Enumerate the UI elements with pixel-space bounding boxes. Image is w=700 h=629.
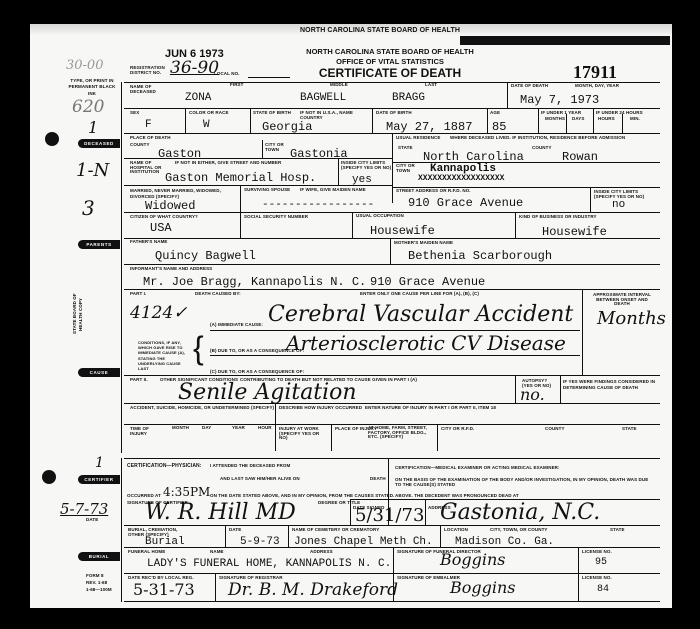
certificate-number: 17911 [573, 62, 617, 83]
onset-interval: Months [597, 308, 666, 329]
state-of-birth: Georgia [262, 121, 312, 133]
page-title: CERTIFICATE OF DEATH [290, 66, 490, 80]
tab-cause: CAUSE [78, 368, 120, 377]
margin-code-1: 30-00 [66, 58, 103, 73]
torn-band [460, 36, 670, 45]
director-signature: Boggins [440, 550, 506, 569]
punch-hole [42, 470, 56, 484]
underlying-cause-b: Arteriosclerotic CV Disease [286, 331, 566, 355]
last-name: BRAGG [392, 93, 425, 104]
state-copy-label: STATE BOARD OF HEALTH COPY [72, 290, 112, 338]
date-of-death: May 7, 1973 [520, 94, 599, 106]
cause-code: 4124✓ [130, 303, 188, 323]
first-name: ZONA [185, 93, 211, 104]
occupation: Housewife [370, 225, 435, 237]
date-of-birth: May 27, 1887 [386, 121, 472, 133]
marital-status: Widowed [145, 200, 195, 212]
embalmer-license: 84 [597, 585, 609, 595]
tab-burial: BURIAL [78, 552, 120, 561]
ink-instruction: TYPE, OR PRINT IN PERMANENT BLACK INK [64, 78, 120, 97]
registration-label: REGISTRATION DISTRICT NO. [130, 66, 170, 75]
tab-certifier: CERTIFIER [78, 475, 120, 484]
certifier-signature: W. R. Hill MD [145, 500, 296, 525]
registrar-signature: Dr. B. M. Drakeford [228, 580, 398, 600]
citizenship: USA [150, 222, 172, 234]
struck-text: XXXXXXXXXXXXXXXXXX [418, 175, 504, 183]
form-info: FORM 8REV. 1-681-68—100m [86, 573, 112, 593]
received-date: 5-31-73 [133, 580, 195, 599]
race: W [203, 120, 210, 131]
immediate-cause: Cerebral Vascular Accident [268, 302, 573, 327]
father-name: Quincy Bagwell [155, 250, 256, 262]
autopsy: no. [520, 385, 545, 404]
margin-code-3: 1 [88, 118, 98, 137]
sex: F [145, 120, 152, 131]
section-bracket [121, 525, 122, 602]
director-license: 95 [595, 558, 607, 568]
punch-hole [45, 132, 59, 146]
section-bracket [121, 283, 122, 453]
informant-address: 910 Grace Avenue [370, 276, 485, 288]
tab-parents: PARENTS [78, 240, 120, 249]
registration-district: 36-90 [170, 58, 219, 78]
occurred-time: 4:35PM [163, 485, 210, 499]
margin-code-6: 1 [95, 455, 104, 471]
filed-date: 5-7-73 [60, 500, 108, 518]
margin-code-5: 3 [82, 196, 95, 220]
margin-code-2: 620 [72, 97, 104, 117]
bracket-glyph: { [193, 330, 204, 367]
residence-inside-city: no [612, 200, 625, 211]
top-banner: NORTH CAROLINA STATE BOARD OF HEALTH [300, 27, 460, 34]
date-signed: 5/31/73 [355, 505, 424, 526]
age: 85 [492, 121, 506, 133]
funeral-home: LADY'S FUNERAL HOME, KANNAPOLIS N. C. [147, 559, 391, 570]
filed-date-label: Date [86, 518, 98, 523]
surviving-spouse: ----------------- [262, 200, 374, 211]
embalmer-signature: Boggins [450, 578, 516, 597]
industry: Housewife [542, 226, 607, 238]
certifier-address: Gastonia, N.C. [440, 500, 600, 525]
agency-line-1: NORTH CAROLINA STATE BOARD OF HEALTH [290, 47, 490, 56]
local-no-label: LOCAL NO. [214, 72, 240, 77]
margin-code-4: 1-N [76, 160, 109, 181]
informant-name: Mr. Joe Bragg, Kannapolis N. C. [143, 276, 366, 288]
name-label: NAME OF DECEASED [130, 85, 170, 94]
tab-deceased: DECEASED [78, 139, 120, 148]
middle-name: BAGWELL [300, 93, 346, 104]
other-conditions: Senile Agitation [178, 380, 357, 405]
mother-name: Bethenia Scarborough [408, 250, 552, 262]
hospital-name: Gaston Memorial Hosp. [165, 172, 316, 184]
agency-line-2: OFFICE OF VITAL STATISTICS [290, 57, 490, 66]
residence-street: 910 Grace Avenue [408, 197, 523, 209]
